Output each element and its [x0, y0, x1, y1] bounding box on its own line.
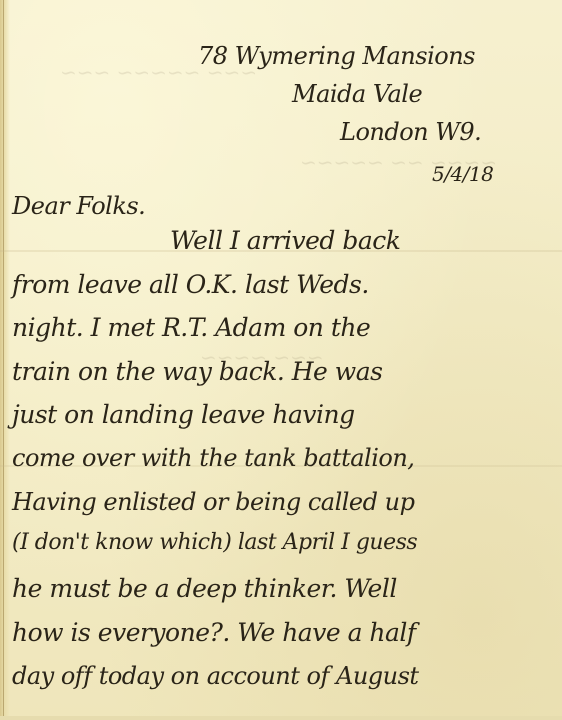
body-line: how is everyone?. We have a half	[12, 618, 416, 647]
body-line: train on the way back. He was	[12, 357, 382, 386]
body-line: just on landing leave having	[12, 400, 355, 429]
address-line-3: London W9.	[340, 118, 481, 146]
paper-bottom-edge	[0, 716, 562, 720]
body-line: (I don't know which) last April I guess	[12, 530, 417, 555]
body-line: from leave all O.K. last Weds.	[12, 270, 369, 299]
address-line-1: 78 Wymering Mansions	[198, 42, 475, 70]
body-line: day off today on account of August	[12, 662, 419, 690]
body-line: he must be a deep thinker. Well	[12, 574, 397, 603]
letter-page: ~~~ ~~~~~ ~~~ ~~~~ ~~ ~~~~~ ~~~ ~~~~ 78 …	[0, 0, 562, 720]
body-line: come over with the tank battalion,	[12, 444, 414, 472]
salutation: Dear Folks.	[12, 192, 145, 220]
paper-left-edge	[0, 0, 10, 720]
letter-date: 5/4/18	[432, 162, 493, 186]
paper-binding-line	[3, 0, 4, 720]
body-line: night. I met R.T. Adam on the	[12, 313, 370, 342]
body-line: Well I arrived back	[170, 226, 400, 255]
address-line-2: Maida Vale	[292, 80, 422, 108]
body-line: Having enlisted or being called up	[12, 488, 414, 516]
